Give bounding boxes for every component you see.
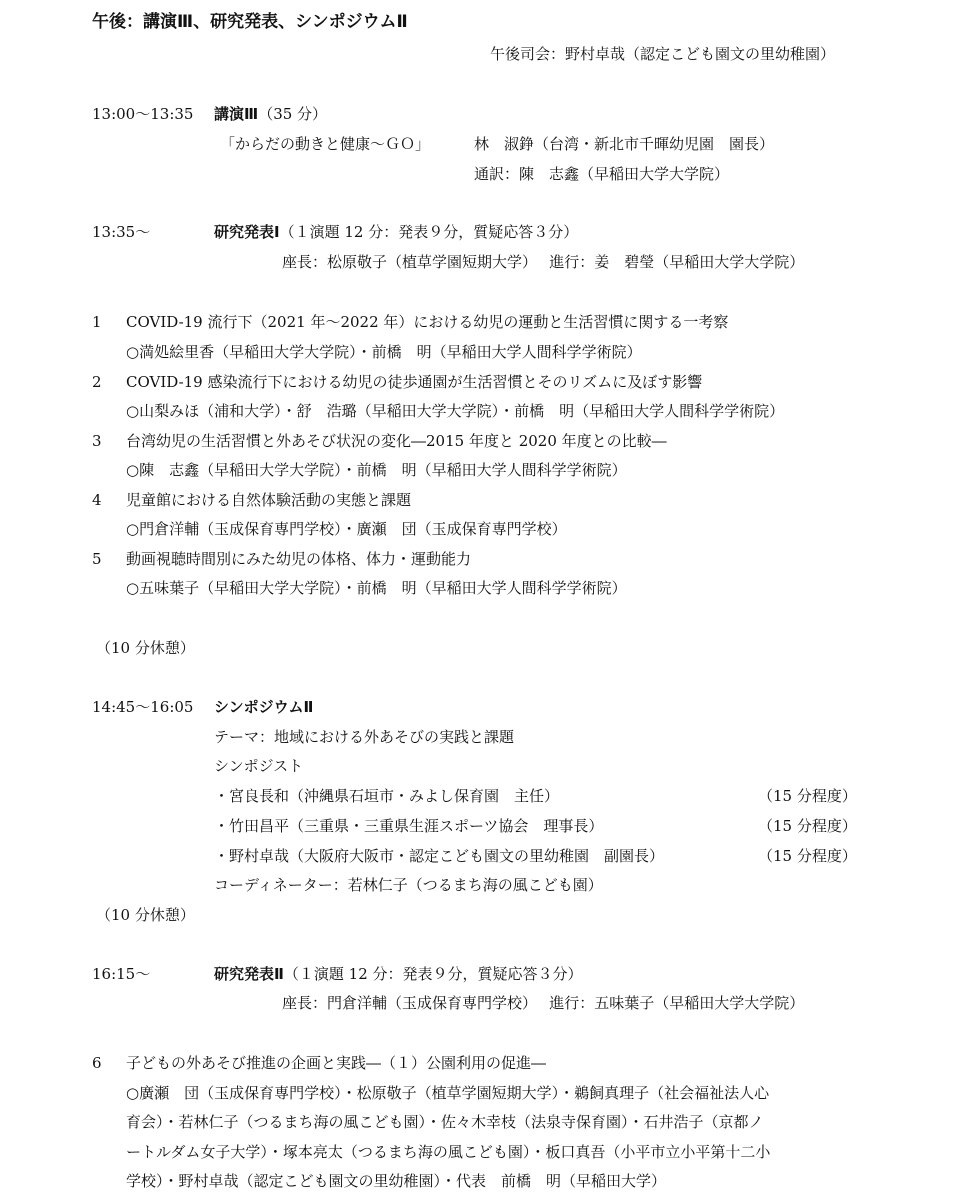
break-note: （10 分休憩）	[96, 905, 195, 925]
presentation-authors: ○門倉洋輔（玉成保育専門学校）・廣瀬 団（玉成保育専門学校）	[126, 519, 567, 539]
panelist: ・宮良長和（沖縄県石垣市・みよし保育園 主任）	[214, 786, 559, 806]
symposium-coordinator: コーディネーター：若林仁子（つるまち海の風こども園）	[214, 875, 603, 895]
presentation-title: 3台湾幼児の生活習慣と外あそび状況の変化―2015 年度と 2020 年度との比…	[92, 431, 667, 451]
presentation-title: 5動画視聴時間別にみた幼児の体格、体力・運動能力	[92, 549, 471, 569]
lecture-title: 講演Ⅲ	[214, 105, 258, 123]
panelist: ・竹田昌平（三重県・三重県生涯スポーツ協会 理事長）	[214, 816, 603, 836]
presentation-authors: ○満処絵里香（早稲田大学大学院）・前橋 明（早稲田大学人間科学学術院）	[126, 342, 642, 362]
afternoon-moderator: 午後司会：野村卓哉（認定こども園文の里幼稚園）	[490, 44, 835, 64]
presentation-title: 2COVID-19 感染流行下における幼児の徒歩通園が生活習慣とそのリズムに及ぼ…	[92, 372, 702, 392]
research2-chairs: 座長：門倉洋輔（玉成保育専門学校） 進行：五味葉子（早稲田大学大学院）	[282, 993, 804, 1013]
research1-heading: 13:35～研究発表Ⅰ（１演題 12 分：発表９分，質疑応答３分）	[92, 222, 578, 242]
presentation-authors: ○陳 志鑫（早稲田大学大学院）・前橋 明（早稲田大学人間科学学術院）	[126, 460, 627, 480]
presentation-title: 6子どもの外あそび推進の企画と実践―（１）公園利用の促進―	[92, 1053, 546, 1073]
research1-format: （１演題 12 分：発表９分，質疑応答３分）	[280, 223, 579, 241]
panelist-duration: （15 分程度）	[758, 846, 857, 866]
presentation-authors: ートルダム女子大学）・塚本亮太（つるまち海の風こども園）・板口真吾（小平市立小平…	[126, 1142, 770, 1162]
symposium-heading: 14:45～16:05シンポジウムⅡ	[92, 697, 313, 717]
lecture-duration: （35 分）	[258, 105, 327, 123]
symposium-theme: テーマ：地域における外あそびの実践と課題	[214, 727, 514, 747]
presentation-title: 4児童館における自然体験活動の実態と課題	[92, 490, 411, 510]
lecture-interpreter: 通訳：陳 志鑫（早稲田大学大学院）	[474, 164, 729, 184]
research2-heading: 16:15～研究発表Ⅱ（１演題 12 分：発表９分，質疑応答３分）	[92, 964, 583, 984]
research2-time: 16:15～	[92, 964, 214, 984]
presentation-authors: ○山梨みほ（浦和大学）・舒 浩璐（早稲田大学大学院）・前橋 明（早稲田大学人間科…	[126, 401, 784, 421]
page-title: 午後：講演Ⅲ、研究発表、シンポジウムⅡ	[92, 12, 408, 32]
presentation-authors: ○五味葉子（早稲田大学大学院）・前橋 明（早稲田大学人間科学学術院）	[126, 578, 627, 598]
research1-chairs: 座長：松原敬子（植草学園短期大学） 進行：姜 碧瑩（早稲田大学大学院）	[282, 252, 804, 272]
symposium-time: 14:45～16:05	[92, 697, 214, 717]
panelist-duration: （15 分程度）	[758, 816, 857, 836]
research2-title: 研究発表Ⅱ	[214, 965, 284, 983]
lecture-time: 13:00～13:35	[92, 104, 214, 124]
research1-title: 研究発表Ⅰ	[214, 223, 280, 241]
panelist: ・野村卓哉（大阪府大阪市・認定こども園文の里幼稚園 副園長）	[214, 846, 664, 866]
presentation-authors: 育会）・若林仁子（つるまち海の風こども園）・佐々木幸枝（法泉寺保育園）・石井浩子…	[126, 1112, 764, 1132]
panelist-duration: （15 分程度）	[758, 786, 857, 806]
lecture-speaker: 林 淑錚（台湾・新北市千暉幼児園 園長）	[474, 134, 774, 154]
research1-time: 13:35～	[92, 222, 214, 242]
lecture-heading: 13:00～13:35講演Ⅲ（35 分）	[92, 104, 327, 124]
presentation-authors: ○廣瀬 団（玉成保育専門学校）・松原敬子（植草学園短期大学）・鵜飼真理子（社会福…	[126, 1083, 769, 1103]
presentation-title: 1COVID-19 流行下（2021 年～2022 年）における幼児の運動と生活…	[92, 312, 728, 332]
presentation-authors: 学校）・野村卓哉（認定こども園文の里幼稚園）・代表 前橋 明（早稲田大学）	[126, 1171, 666, 1191]
lecture-topic: 「からだの動きと健康～ＧＯ」	[220, 134, 430, 154]
panelists-label: シンポジスト	[214, 756, 303, 776]
symposium-title: シンポジウムⅡ	[214, 698, 313, 716]
break-note: （10 分休憩）	[96, 638, 195, 658]
research2-format: （１演題 12 分：発表９分，質疑応答３分）	[284, 965, 583, 983]
